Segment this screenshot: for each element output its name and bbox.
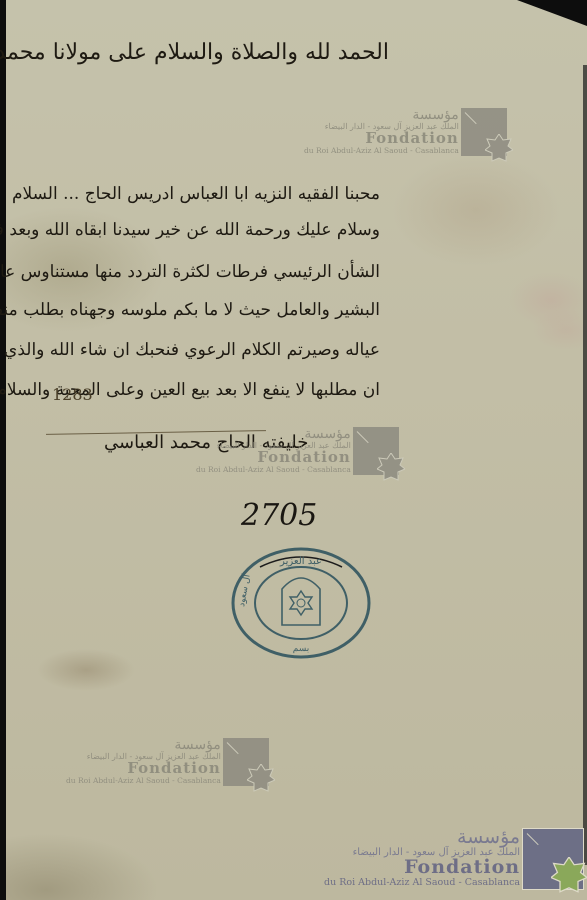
body-line-2: وسلام عليك ورحمة الله عن خير سيدنا ابقاه…	[0, 220, 380, 240]
watermark-french-title: Fondation	[66, 761, 221, 777]
page-edge-shadow	[583, 65, 587, 865]
document-page: الحمد لله والصلاة والسلام على مولانا محم…	[6, 0, 587, 900]
foundation-logo-icon	[223, 738, 269, 786]
watermark-lower: مؤسسة الملك عبد العزيز آل سعود - الدار ا…	[66, 738, 269, 786]
watermark-arabic-title: مؤسسة	[304, 108, 459, 123]
watermark-arabic-title: مؤسسة	[324, 828, 520, 848]
watermark-french-title: Fondation	[324, 858, 520, 878]
torn-corner	[517, 0, 587, 26]
watermark-arabic-title: مؤسسة	[66, 738, 221, 753]
watermark-bottom-right: مؤسسة الملك عبد العزيز آل سعود - الدار ا…	[324, 828, 584, 890]
hijri-year: 1283	[52, 385, 93, 404]
watermark-french-subtitle: du Roi Abdul-Aziz Al Saoud - Casablanca	[66, 777, 221, 785]
watermark-middle: مؤسسة الملك عبد العزيز آل سعود - الدار ا…	[196, 427, 399, 475]
foundation-logo-icon	[461, 108, 507, 156]
seal-text-bottom: بسم	[293, 644, 310, 654]
watermark-arabic-title: مؤسسة	[196, 427, 351, 442]
watermark-french-subtitle: du Roi Abdul-Aziz Al Saoud - Casablanca	[324, 878, 520, 888]
watermark-french-title: Fondation	[196, 450, 351, 466]
watermark-french-subtitle: du Roi Abdul-Aziz Al Saoud - Casablanca	[304, 147, 459, 155]
foundation-logo-icon	[522, 828, 584, 890]
body-line-4: البشير والعامل حيث لا ما بكم ملوسه وجهنا…	[0, 300, 380, 320]
watermark-top: مؤسسة الملك عبد العزيز آل سعود - الدار ا…	[304, 108, 507, 156]
header-invocation: الحمد لله والصلاة والسلام على مولانا محم…	[0, 40, 389, 65]
body-line-1: محبنا الفقيه النزيه ابا العباس ادريس الح…	[12, 184, 380, 204]
watermark-french-subtitle: du Roi Abdul-Aziz Al Saoud - Casablanca	[196, 466, 351, 474]
foundation-logo-icon	[353, 427, 399, 475]
seal-stamp-icon: عبد العزيز آل سعود بسم	[230, 547, 372, 659]
seal-text-top: عبد العزيز	[279, 556, 322, 567]
reference-number: 2705	[241, 498, 317, 533]
watermark-french-title: Fondation	[304, 131, 459, 147]
body-line-3: الشأن الرئيسي فرطات لكثرة التردد منها مس…	[0, 262, 380, 282]
seal-text-left: آل سعود	[235, 573, 253, 608]
body-line-5: عياله وصيرتم الكلام الرعوي فنحبك ان شاء …	[0, 340, 380, 360]
